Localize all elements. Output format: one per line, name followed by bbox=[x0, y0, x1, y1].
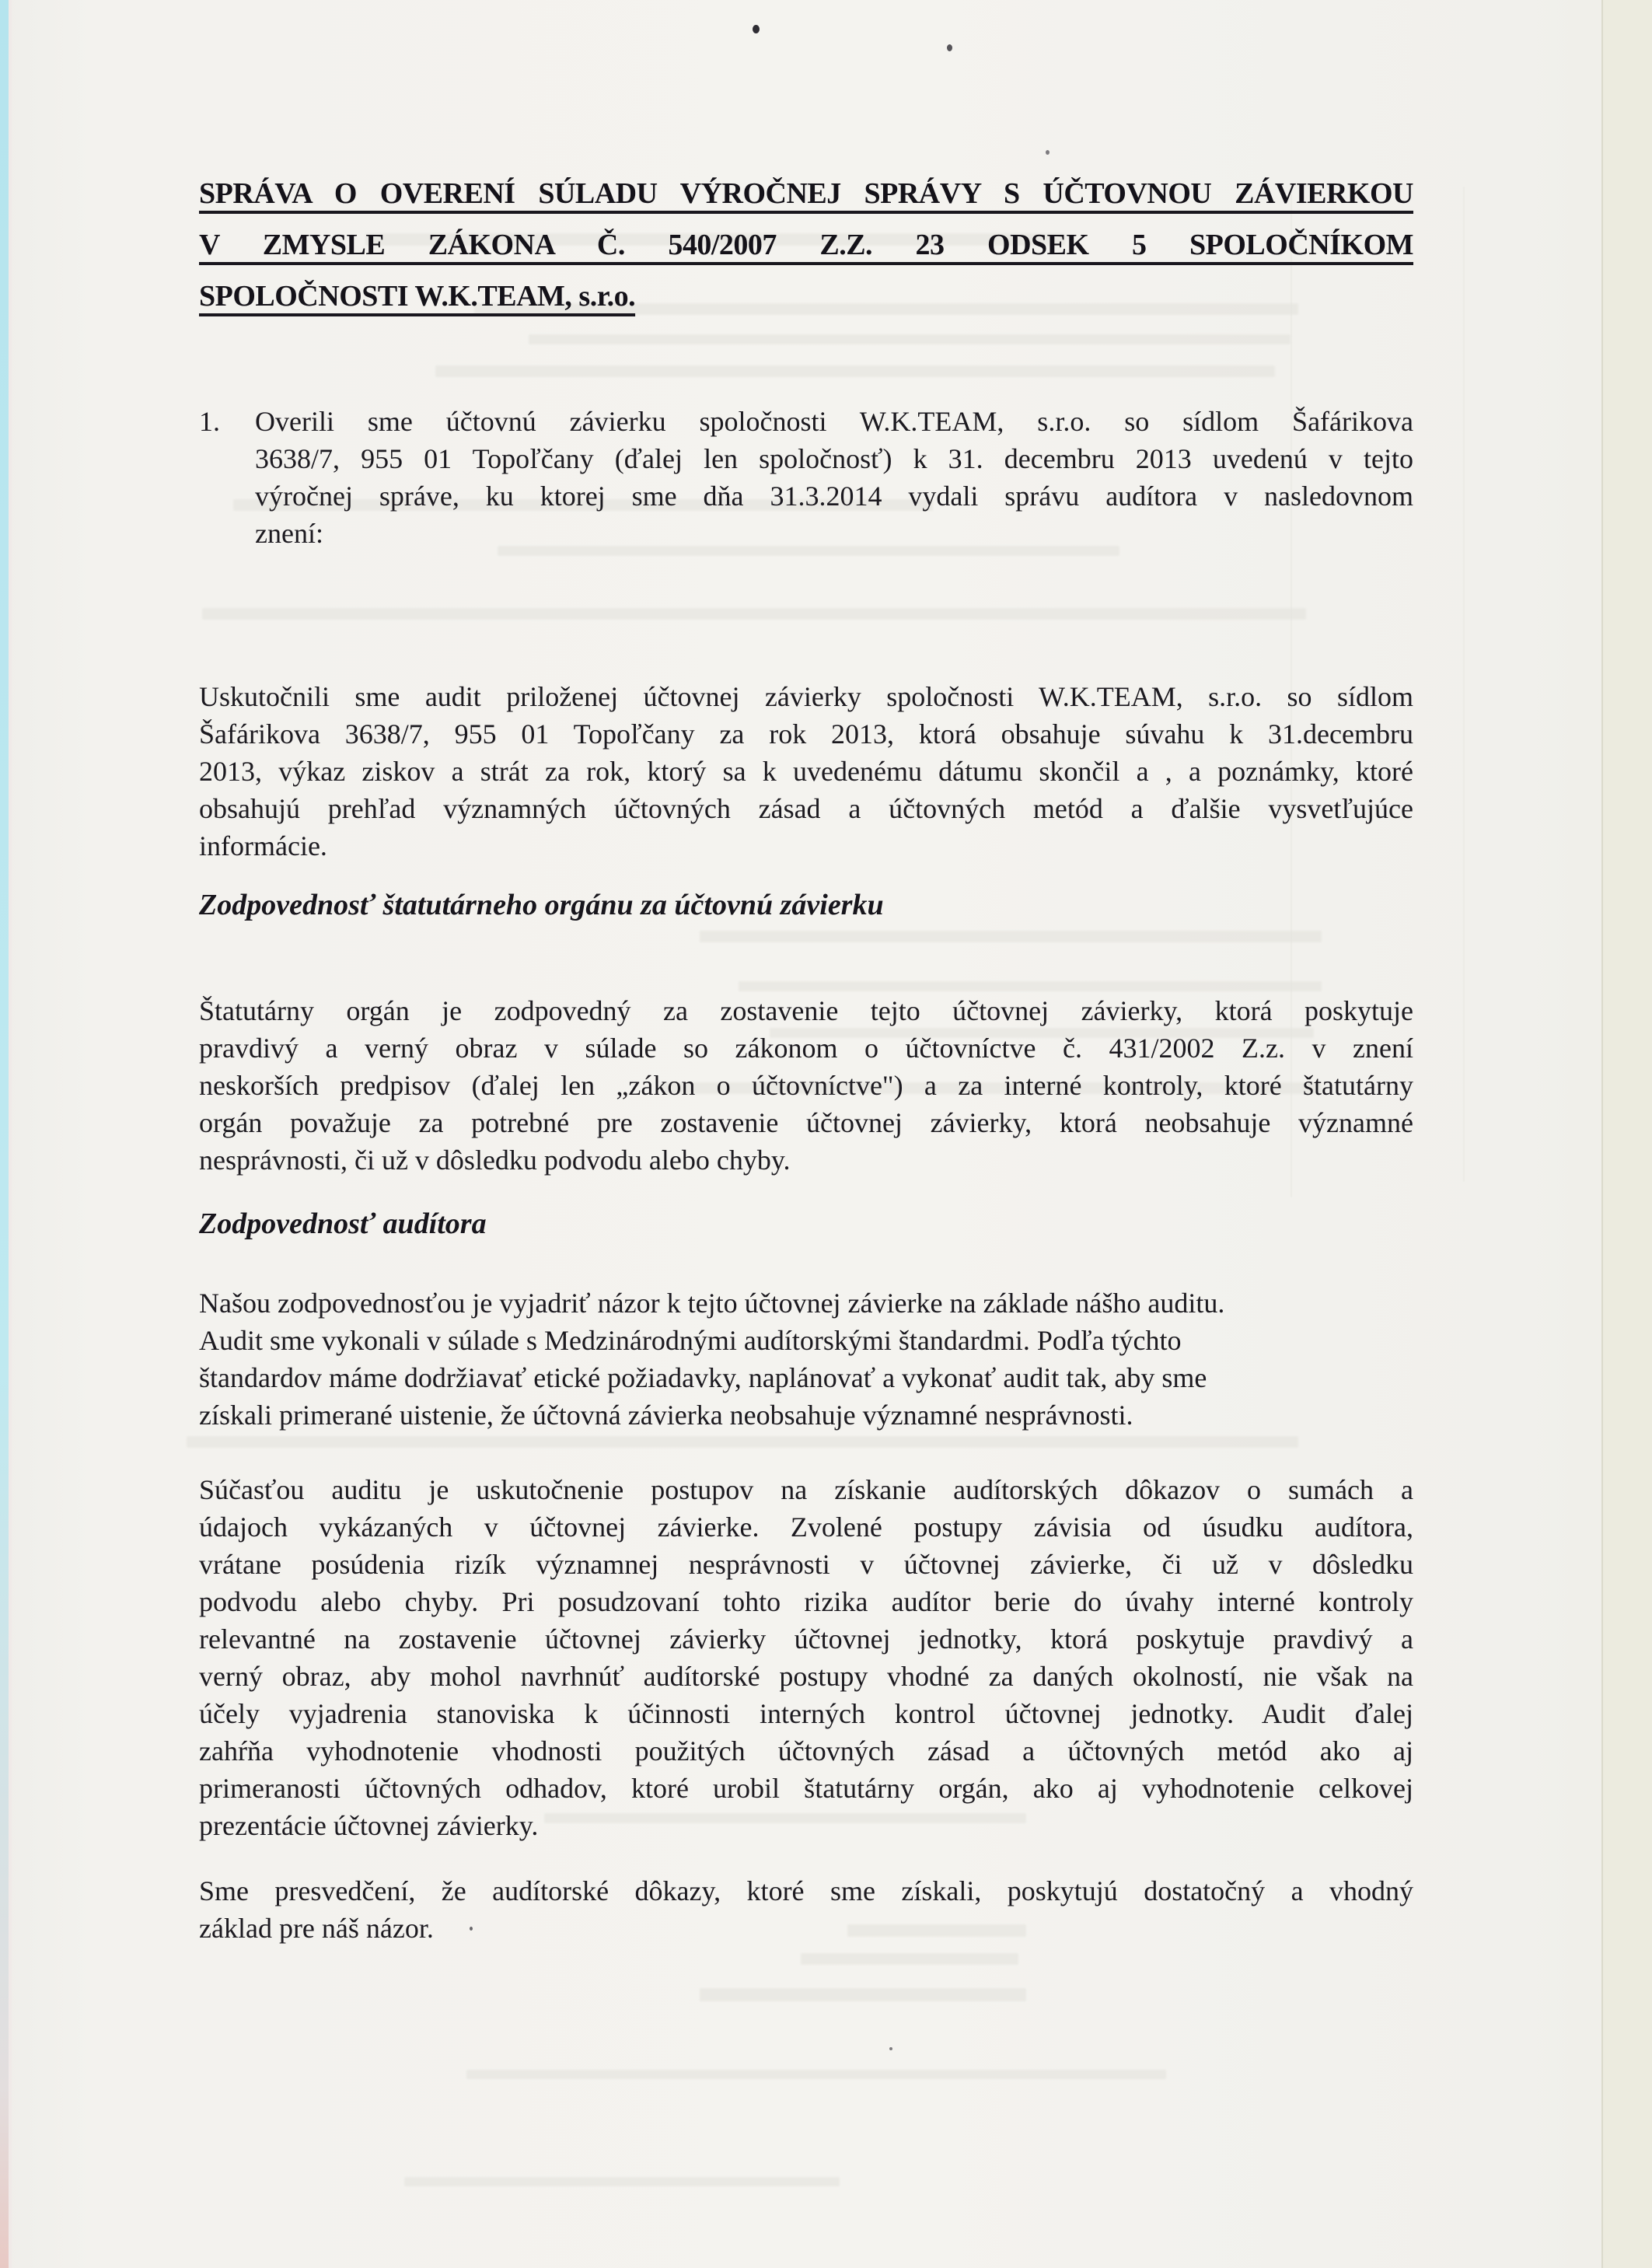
list-item-text: Overili sme účtovnú závierku spoločnosti… bbox=[255, 403, 1413, 552]
heading-statutory-responsibility: Zodpovednosť štatutárneho orgánu za účto… bbox=[199, 886, 1413, 924]
ink-speck bbox=[947, 44, 952, 51]
ink-speck bbox=[889, 2047, 892, 2050]
scanned-document-page: SPRÁVA O OVERENÍ SÚLADU VÝROČNEJ SPRÁVY … bbox=[0, 0, 1652, 2268]
paragraph-audit-procedures: Súčasťou auditu je uskutočnenie postupov… bbox=[199, 1471, 1413, 1844]
paragraph-audit-conclusion: Sme presvedčení, že audítorské dôkazy, k… bbox=[199, 1872, 1413, 1947]
heading-auditor-responsibility: Zodpovednosť audítora bbox=[199, 1205, 1413, 1242]
ink-speck bbox=[753, 25, 760, 33]
bleedthrough-row bbox=[404, 2177, 840, 2186]
scanner-edge-strip-left bbox=[0, 0, 9, 2268]
document-content: SPRÁVA O OVERENÍ SÚLADU VÝROČNEJ SPRÁVY … bbox=[199, 168, 1413, 1947]
bleedthrough-row bbox=[700, 1988, 1026, 2001]
bleedthrough-row bbox=[466, 2070, 1166, 2079]
paragraph-audit-scope: Uskutočnili sme audit priloženej účtovne… bbox=[199, 678, 1413, 865]
list-item-number: 1. bbox=[199, 403, 255, 440]
paragraph-auditor-responsibility: Našou zodpovednosťou je vyjadriť názor k… bbox=[199, 1284, 1413, 1434]
bleedthrough-row bbox=[801, 1953, 1018, 1965]
paragraph-audit-statement: 1. Overili sme účtovnú závierku spoločno… bbox=[199, 403, 1413, 552]
bleedthrough-column-line bbox=[1463, 187, 1465, 1182]
scanner-backdrop-right bbox=[1601, 0, 1652, 2268]
ink-speck bbox=[1046, 150, 1050, 155]
document-title: SPRÁVA O OVERENÍ SÚLADU VÝROČNEJ SPRÁVY … bbox=[199, 168, 1413, 322]
paragraph-statutory-responsibility: Štatutárny orgán je zodpovedný za zostav… bbox=[199, 992, 1413, 1179]
